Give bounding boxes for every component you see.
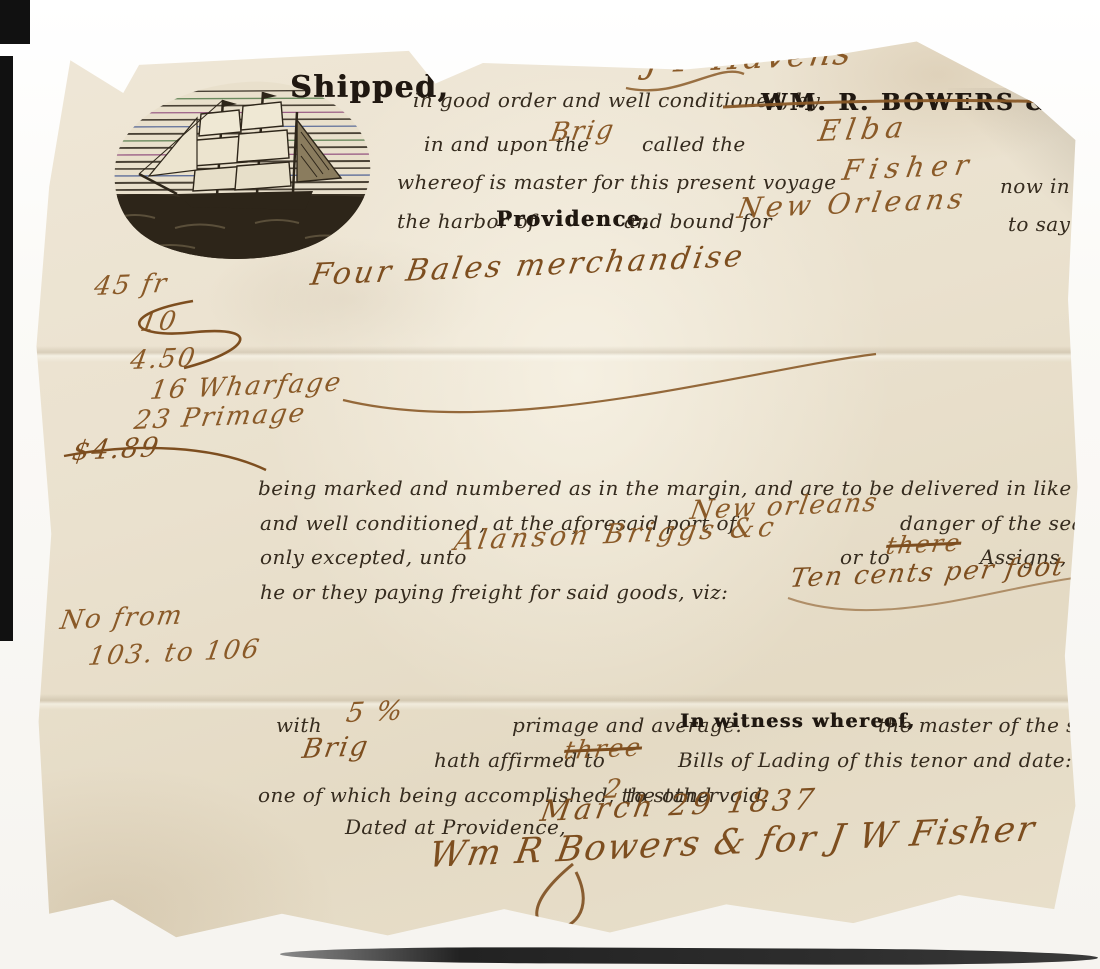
margin-numbers-line2: 103. to 106 <box>86 634 263 672</box>
printed-line4c: to say: <box>1008 212 1077 236</box>
scanner-corner-mark <box>0 0 30 44</box>
margin-charge-line: 45 fr <box>92 269 170 302</box>
printed-body1-l4: he or they paying freight for said goods… <box>260 580 728 604</box>
handwritten-vessel-type: Brig <box>548 115 618 148</box>
scanner-edge-strip <box>0 56 13 641</box>
printed-body1-l1: being marked and numbered as in the marg… <box>258 476 1100 500</box>
handwritten-master: Fisher <box>840 148 978 187</box>
handwritten-struck-word: there <box>884 528 964 560</box>
company-name: WM. R. BOWERS & CO. <box>761 89 1100 116</box>
bill-of-lading-paper: Shipped, in good order and well conditio… <box>28 18 1086 956</box>
printed-line2b: called the <box>642 132 746 156</box>
fold-crease-lower <box>28 694 1086 710</box>
printed-body1-l3a: only excepted, unto <box>260 545 467 569</box>
handwritten-consignor: J P Havens <box>643 33 856 82</box>
handwritten-bills-count: three <box>562 732 645 765</box>
handwritten-primage-rate: 5 % <box>344 695 407 729</box>
margin-charge-total: $4.89 <box>70 432 162 467</box>
printed-body2-l1d: the master of the said <box>878 713 1100 737</box>
scanned-bill-of-lading: { "palette": { "paper": "#e9e0cc", "prin… <box>0 0 1100 969</box>
printed-line3b: now in <box>1000 174 1070 198</box>
margin-charge-line: 4.50 <box>128 343 199 376</box>
printed-body2-l2b: Bills of Lading of this tenor and date: <box>678 748 1072 772</box>
printed-line1: in good order and well conditioned, by <box>413 88 820 112</box>
handwritten-freight-rate: Ten cents per foot <box>788 552 1067 594</box>
ship-engraving <box>105 78 387 266</box>
scanner-bottom-shadow <box>280 946 1098 966</box>
margin-charge-line: 23 Primage <box>132 398 309 436</box>
margin-charge-line: 10 <box>138 306 180 338</box>
handwritten-vessel-type-2: Brig <box>300 731 372 765</box>
margin-numbers-line1: No from <box>58 600 186 636</box>
handwritten-vessel-name: Elba <box>816 110 912 148</box>
